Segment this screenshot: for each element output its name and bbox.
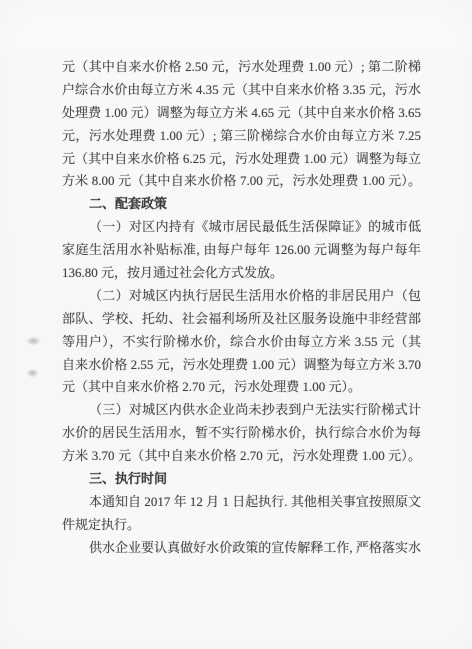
- scan-smudge-1: [27, 337, 40, 345]
- scan-smudge-2: [27, 369, 38, 377]
- text-line: 件规定执行。: [62, 514, 421, 537]
- text-line: 本通知自 2017 年 12 月 1 日起执行. 其他相关事宜按照原文: [62, 491, 421, 514]
- text-line: 元（其中自来水价格 2.70 元，污水处理费 1.00 元）。: [62, 376, 421, 399]
- text-line: 方米 8.00 元（其中自来水价格 7.00 元，污水处理费 1.00 元）。: [62, 170, 421, 193]
- document-body: 元（其中自来水价格 2.50 元，污水处理费 1.00 元）; 第二阶梯户综合水…: [62, 56, 421, 560]
- document-page: 元（其中自来水价格 2.50 元，污水处理费 1.00 元）; 第二阶梯户综合水…: [0, 0, 472, 649]
- text-line: 136.80 元，按月通过社会化方式发放。: [62, 262, 421, 285]
- text-line: （三）对城区内供水企业尚未抄表到户无法实行阶梯式计量: [62, 399, 421, 422]
- text-line: 等用户），不实行阶梯水价，综合水价由每立方米 3.55 元（其中: [62, 331, 421, 354]
- text-line: 元（其中自来水价格 2.50 元，污水处理费 1.00 元）; 第二阶梯: [62, 56, 421, 79]
- section-heading: 三、执行时间: [62, 468, 421, 491]
- text-line: 元，污水处理费 1.00 元）; 第三阶梯综合水价由每立方米 7.25: [62, 125, 421, 148]
- text-line: 方米 3.70 元（其中自来水价格 2.70 元，污水处理费 1.00 元）。: [62, 445, 421, 468]
- section-heading: 二、配套政策: [62, 193, 421, 216]
- text-line: （二）对城区内执行居民生活用水价格的非居民用户（包括: [62, 285, 421, 308]
- text-line: 元（其中自来水价格 6.25 元，污水处理费 1.00 元）调整为每立: [62, 148, 421, 171]
- text-line: 水价的居民生活用水，暂不实行阶梯水价，执行综合水价为每立: [62, 422, 421, 445]
- text-line: 自来水价格 2.55 元，污水处理费 1.00 元）调整为每立方米 3.70: [62, 354, 421, 377]
- text-line: 户综合水价由每立方米 4.35 元（其中自来水价格 3.35 元，污水: [62, 79, 421, 102]
- text-line: 供水企业要认真做好水价政策的宣传解释工作, 严格落实水: [62, 537, 421, 560]
- text-line: 处理费 1.00 元）调整为每立方米 4.65 元（其中自来水价格 3.65: [62, 102, 421, 125]
- text-line: 部队、学校、托幼、社会福利场所及社区服务设施中非经营部分: [62, 308, 421, 331]
- text-line: （一）对区内持有《城市居民最低生活保障证》的城市低保: [62, 216, 421, 239]
- text-line: 家庭生活用水补贴标准, 由每户每年 126.00 元调整为每户每年: [62, 239, 421, 262]
